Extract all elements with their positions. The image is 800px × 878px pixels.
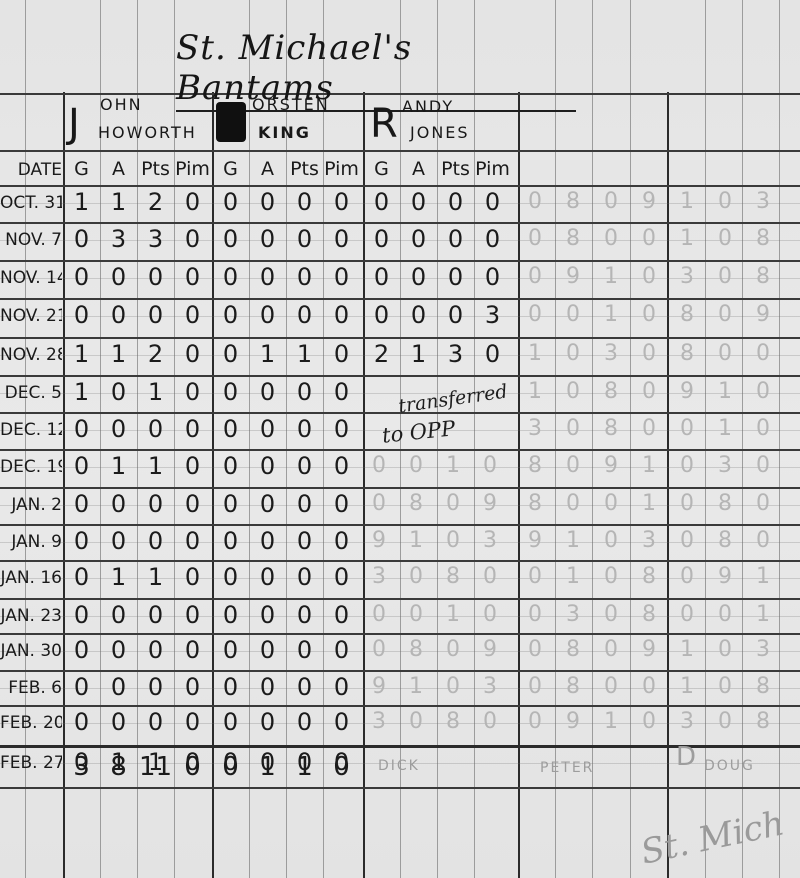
stat-cell: 0: [137, 263, 174, 291]
bleed-through-glyph: 0: [528, 226, 542, 251]
bleed-through-glyph: 0: [718, 602, 732, 627]
bleed-through-glyph: 9: [756, 302, 770, 327]
bleed-through-glyph: 8: [718, 528, 732, 553]
grid-row-line: [0, 298, 800, 300]
player-name-line1: ORSTEN: [252, 96, 330, 114]
stat-cell: 0: [174, 415, 211, 443]
bleed-through-glyph: 0: [642, 341, 656, 366]
stat-cell: 0: [323, 563, 360, 591]
stat-cell: 0: [323, 340, 360, 368]
stat-cell: 0: [100, 490, 137, 518]
stat-cell: 1: [100, 452, 137, 480]
ghost-name-doug: DOUG: [704, 758, 755, 774]
stat-cell: 0: [249, 708, 286, 736]
stat-cell: 0: [212, 673, 249, 701]
grid-row-line: [0, 185, 800, 187]
stat-cell: 0: [437, 301, 474, 329]
player-name-line2: JONES: [410, 124, 470, 142]
stat-cell: 0: [174, 378, 211, 406]
ghost-initial-d: D: [676, 742, 698, 772]
stat-cell: 0: [212, 263, 249, 291]
bleed-through-glyph: 3: [604, 341, 618, 366]
stat-cell: 0: [212, 563, 249, 591]
stat-cell: 0: [174, 527, 211, 555]
stat-cell: 0: [137, 708, 174, 736]
stat-header-a: A: [249, 158, 286, 180]
stat-cell: 0: [363, 225, 400, 253]
stat-cell: 0: [212, 340, 249, 368]
stat-cell: 0: [174, 188, 211, 216]
bleed-through-glyph: 8: [756, 226, 770, 251]
bleed-through-glyph: 9: [528, 528, 542, 553]
bleed-through-glyph: 0: [642, 379, 656, 404]
stat-cell: 0: [100, 415, 137, 443]
total-cell: 8: [100, 752, 137, 782]
bleed-through-glyph: 3: [718, 453, 732, 478]
bleed-through-glyph: 0: [528, 674, 542, 699]
bleed-through-glyph: 0: [483, 453, 497, 478]
scribbled-initial: [216, 102, 246, 142]
bleed-through-glyph: 9: [372, 674, 386, 699]
bleed-through-glyph: 3: [372, 564, 386, 589]
bleed-through-glyph: 0: [372, 602, 386, 627]
date-label: FEB. 6: [0, 678, 62, 698]
stat-cell: 0: [63, 415, 100, 443]
bleed-through-glyph: 1: [409, 674, 423, 699]
stat-cell: 0: [286, 378, 323, 406]
stat-cell: 0: [63, 636, 100, 664]
bleed-through-glyph: 8: [446, 564, 460, 589]
bleed-through-glyph: 0: [409, 709, 423, 734]
stat-cell: 0: [323, 673, 360, 701]
stat-cell: 0: [212, 188, 249, 216]
bleed-through-glyph: 0: [446, 674, 460, 699]
stat-cell: 0: [286, 601, 323, 629]
stat-cell: 0: [437, 263, 474, 291]
date-label: NOV. 14: [0, 268, 62, 288]
grid-row-line: [0, 633, 800, 635]
stat-cell: 3: [437, 340, 474, 368]
stat-cell: 0: [286, 263, 323, 291]
date-label: FEB. 20: [0, 713, 62, 733]
bleed-through-glyph: 8: [604, 379, 618, 404]
bleed-through-glyph: 0: [756, 379, 770, 404]
stat-header-pts: Pts: [286, 158, 323, 180]
bleed-through-glyph: 1: [446, 602, 460, 627]
stat-cell: 0: [63, 490, 100, 518]
stat-cell: 0: [100, 673, 137, 701]
stat-cell: 0: [286, 636, 323, 664]
bleed-through-glyph: 0: [604, 528, 618, 553]
bleed-through-glyph: 0: [566, 302, 580, 327]
stat-cell: 3: [474, 301, 511, 329]
stat-cell: 0: [212, 636, 249, 664]
stat-cell: 0: [249, 452, 286, 480]
bleed-through-glyph: 0: [604, 491, 618, 516]
bleed-through-glyph: 0: [372, 491, 386, 516]
stat-cell: 0: [212, 527, 249, 555]
bleed-through-glyph: 0: [604, 189, 618, 214]
bleed-through-glyph: 9: [566, 709, 580, 734]
stat-cell: 0: [212, 490, 249, 518]
stat-cell: 0: [249, 527, 286, 555]
stat-cell: 0: [174, 225, 211, 253]
bleed-through-glyph: 0: [718, 709, 732, 734]
stat-cell: 0: [400, 263, 437, 291]
bleed-through-glyph: 0: [528, 637, 542, 662]
bleed-through-glyph: 0: [642, 674, 656, 699]
ghost-signature: St. Mich: [637, 803, 787, 872]
bleed-through-glyph: 1: [604, 709, 618, 734]
bleed-through-glyph: 0: [483, 709, 497, 734]
stat-cell: 0: [63, 601, 100, 629]
transfer-note-line2: to OPP: [381, 416, 456, 448]
bleed-through-glyph: 0: [756, 491, 770, 516]
bleed-through-glyph: 8: [718, 491, 732, 516]
bleed-through-glyph: 8: [566, 189, 580, 214]
bleed-through-glyph: 8: [446, 709, 460, 734]
bleed-through-glyph: 0: [372, 637, 386, 662]
bleed-through-glyph: 0: [372, 453, 386, 478]
bleed-through-glyph: 1: [528, 379, 542, 404]
ghost-name-dick: DICK: [378, 758, 420, 774]
stat-cell: 0: [63, 673, 100, 701]
stat-cell: 0: [474, 340, 511, 368]
stat-cell: 0: [174, 673, 211, 701]
bleed-through-glyph: 9: [680, 379, 694, 404]
stat-cell: 0: [212, 378, 249, 406]
player-name-line2: KING: [258, 124, 311, 142]
stat-cell: 0: [286, 301, 323, 329]
stat-cell: 0: [212, 601, 249, 629]
stat-cell: 0: [437, 188, 474, 216]
date-label: JAN. 23: [0, 606, 62, 626]
bleed-through-glyph: 0: [718, 341, 732, 366]
bleed-through-glyph: 3: [756, 637, 770, 662]
total-cell: 0: [212, 752, 249, 782]
bleed-through-glyph: 0: [680, 602, 694, 627]
stat-cell: 0: [100, 378, 137, 406]
bleed-through-glyph: 0: [528, 189, 542, 214]
stat-cell: 0: [249, 378, 286, 406]
stat-cell: 0: [400, 225, 437, 253]
bleed-through-glyph: 1: [528, 341, 542, 366]
grid-row-line: [0, 705, 800, 707]
stat-cell: 1: [137, 452, 174, 480]
stat-cell: 0: [100, 527, 137, 555]
stat-cell: 0: [63, 301, 100, 329]
stat-cell: 0: [323, 301, 360, 329]
stat-cell: 0: [63, 708, 100, 736]
bleed-through-glyph: 3: [528, 416, 542, 441]
bleed-through-glyph: 8: [642, 602, 656, 627]
stat-cell: 0: [323, 636, 360, 664]
bleed-through-glyph: 0: [680, 416, 694, 441]
grid-row-line: [0, 487, 800, 489]
grid-line-major: [518, 92, 520, 878]
bleed-through-glyph: 3: [483, 528, 497, 553]
stat-header-pim: Pim: [323, 158, 360, 180]
date-label: DEC. 12: [0, 420, 62, 440]
bleed-through-glyph: 0: [756, 528, 770, 553]
stat-cell: 0: [137, 601, 174, 629]
grid-line-major: [667, 92, 669, 878]
bleed-through-glyph: 8: [528, 453, 542, 478]
bleed-through-glyph: 0: [604, 564, 618, 589]
stat-cell: 1: [400, 340, 437, 368]
total-cell: 0: [323, 752, 360, 782]
bleed-through-glyph: 8: [566, 674, 580, 699]
bleed-through-glyph: 1: [756, 602, 770, 627]
bleed-through-glyph: 9: [372, 528, 386, 553]
bleed-through-glyph: 0: [528, 709, 542, 734]
stat-header-a: A: [100, 158, 137, 180]
bleed-through-glyph: 1: [604, 264, 618, 289]
stat-cell: 0: [63, 527, 100, 555]
stat-header-pim: Pim: [174, 158, 211, 180]
bleed-through-glyph: 0: [446, 528, 460, 553]
date-label: JAN. 2: [0, 495, 62, 515]
stat-cell: 1: [63, 340, 100, 368]
bleed-through-glyph: 3: [680, 264, 694, 289]
stat-cell: 0: [249, 188, 286, 216]
date-label: NOV. 28: [0, 345, 62, 365]
stat-cell: 0: [63, 263, 100, 291]
stat-cell: 1: [100, 563, 137, 591]
stat-cell: 0: [474, 225, 511, 253]
stat-cell: 0: [249, 263, 286, 291]
stat-header-a: A: [400, 158, 437, 180]
stat-cell: 0: [363, 188, 400, 216]
stat-cell: 0: [249, 415, 286, 443]
bleed-through-glyph: 0: [409, 602, 423, 627]
bleed-through-glyph: 0: [718, 189, 732, 214]
bleed-through-glyph: 8: [604, 416, 618, 441]
bleed-through-glyph: 8: [409, 491, 423, 516]
stat-cell: 0: [323, 452, 360, 480]
stat-cell: 2: [137, 340, 174, 368]
bleed-through-glyph: 8: [756, 674, 770, 699]
grid-row-line: [0, 670, 800, 672]
date-label: NOV. 21: [0, 306, 62, 326]
bleed-through-glyph: 1: [680, 674, 694, 699]
player-name-line2: HOWORTH: [98, 124, 197, 142]
bleed-through-glyph: 1: [718, 416, 732, 441]
stat-cell: 0: [100, 708, 137, 736]
grid-row-line: [0, 524, 800, 526]
stat-cell: 3: [137, 225, 174, 253]
bleed-through-glyph: 0: [756, 416, 770, 441]
stat-cell: 0: [323, 263, 360, 291]
stat-cell: 0: [174, 563, 211, 591]
stat-cell: 0: [174, 490, 211, 518]
stat-cell: 0: [212, 452, 249, 480]
bleed-through-glyph: 1: [756, 564, 770, 589]
stat-header-pts: Pts: [437, 158, 474, 180]
total-cell: 3: [63, 752, 100, 782]
stat-cell: 0: [474, 188, 511, 216]
bleed-through-glyph: 0: [566, 453, 580, 478]
stat-cell: 0: [249, 301, 286, 329]
stat-cell: 0: [212, 708, 249, 736]
bleed-through-glyph: 0: [680, 564, 694, 589]
grid-row-line: [0, 375, 800, 377]
stat-cell: 0: [137, 301, 174, 329]
bleed-through-glyph: 0: [680, 453, 694, 478]
stat-header-pts: Pts: [137, 158, 174, 180]
bleed-through-glyph: 8: [756, 264, 770, 289]
stat-cell: 0: [286, 527, 323, 555]
total-cell: 11: [137, 752, 174, 782]
bleed-through-glyph: 0: [642, 264, 656, 289]
stat-cell: 0: [174, 708, 211, 736]
grid-row-line: [0, 598, 800, 600]
bleed-through-glyph: 1: [566, 528, 580, 553]
date-label: DEC. 5: [0, 383, 62, 403]
player-initial: J: [68, 104, 80, 144]
bleed-through-glyph: 0: [528, 264, 542, 289]
bleed-through-glyph: 8: [642, 564, 656, 589]
grid-row-line: [0, 150, 800, 152]
stat-cell: 0: [100, 636, 137, 664]
stat-cell: 2: [363, 340, 400, 368]
stat-cell: 0: [249, 563, 286, 591]
bleed-through-glyph: 0: [642, 709, 656, 734]
bleed-through-glyph: 8: [409, 637, 423, 662]
total-cell: 1: [249, 752, 286, 782]
stat-cell: 0: [249, 636, 286, 664]
stat-cell: 0: [174, 636, 211, 664]
stat-header-pim: Pim: [474, 158, 511, 180]
stat-cell: 1: [137, 563, 174, 591]
bleed-through-glyph: 0: [642, 416, 656, 441]
stat-cell: 0: [174, 263, 211, 291]
bleed-through-glyph: 0: [718, 302, 732, 327]
stat-cell: 0: [323, 225, 360, 253]
grid-row-line: [0, 337, 800, 339]
stat-cell: 0: [249, 225, 286, 253]
bleed-through-glyph: 0: [528, 602, 542, 627]
bleed-through-glyph: 1: [604, 302, 618, 327]
stat-cell: 2: [137, 188, 174, 216]
stat-cell: 0: [286, 415, 323, 443]
stat-cell: 0: [212, 415, 249, 443]
date-label: FEB. 27: [0, 753, 62, 773]
bleed-through-glyph: 0: [718, 264, 732, 289]
bleed-through-glyph: 1: [718, 379, 732, 404]
stat-cell: 0: [63, 225, 100, 253]
bleed-through-glyph: 1: [446, 453, 460, 478]
stat-cell: 1: [100, 340, 137, 368]
bleed-through-glyph: 3: [756, 189, 770, 214]
stat-cell: 0: [174, 452, 211, 480]
stat-cell: 0: [400, 188, 437, 216]
stat-cell: 0: [100, 263, 137, 291]
total-cell: 0: [174, 752, 211, 782]
bleed-through-glyph: 0: [566, 416, 580, 441]
total-cell: 1: [286, 752, 323, 782]
grid-row-line: [0, 560, 800, 562]
bleed-through-glyph: 1: [642, 491, 656, 516]
bleed-through-glyph: 8: [680, 302, 694, 327]
date-column-header: DATE: [0, 160, 62, 180]
stat-cell: 0: [212, 301, 249, 329]
stat-cell: 1: [63, 378, 100, 406]
stat-cell: 0: [286, 708, 323, 736]
date-label: OCT. 31: [0, 193, 62, 213]
stat-cell: 0: [100, 301, 137, 329]
stat-cell: 0: [137, 415, 174, 443]
stat-cell: 0: [137, 673, 174, 701]
bleed-through-glyph: 9: [483, 491, 497, 516]
bleed-through-glyph: 0: [566, 379, 580, 404]
stat-cell: 0: [323, 378, 360, 406]
stat-cell: 0: [323, 415, 360, 443]
stat-cell: 0: [249, 673, 286, 701]
stat-cell: 1: [137, 378, 174, 406]
bleed-through-glyph: 9: [642, 189, 656, 214]
grid-row-line: [0, 260, 800, 262]
bleed-through-glyph: 0: [680, 528, 694, 553]
stat-cell: 0: [323, 708, 360, 736]
stat-cell: 1: [249, 340, 286, 368]
date-label: DEC. 19: [0, 457, 62, 477]
bleed-through-glyph: 0: [446, 637, 460, 662]
player-name-line1: ANDY: [402, 98, 454, 116]
stat-cell: 0: [363, 301, 400, 329]
stat-cell: 1: [286, 340, 323, 368]
bleed-through-glyph: 3: [642, 528, 656, 553]
stat-cell: 0: [286, 673, 323, 701]
stat-cell: 0: [437, 225, 474, 253]
bleed-through-glyph: 3: [483, 674, 497, 699]
stat-header-g: G: [363, 158, 400, 180]
date-label: JAN. 16: [0, 568, 62, 588]
stat-cell: 0: [63, 563, 100, 591]
grid-row-line: [0, 787, 800, 789]
bleed-through-glyph: 8: [756, 709, 770, 734]
ghost-name-peter: PETER: [540, 760, 594, 776]
bleed-through-glyph: 9: [483, 637, 497, 662]
stat-cell: 0: [286, 490, 323, 518]
bleed-through-glyph: 0: [680, 491, 694, 516]
stat-cell: 0: [212, 225, 249, 253]
bleed-through-glyph: 8: [566, 637, 580, 662]
bleed-through-glyph: 0: [566, 491, 580, 516]
bleed-through-glyph: 1: [680, 189, 694, 214]
bleed-through-glyph: 0: [756, 453, 770, 478]
bleed-through-glyph: 0: [642, 226, 656, 251]
stat-cell: 0: [137, 636, 174, 664]
bleed-through-glyph: 9: [566, 264, 580, 289]
bleed-through-glyph: 9: [718, 564, 732, 589]
bleed-through-glyph: 0: [604, 674, 618, 699]
stat-cell: 0: [400, 301, 437, 329]
bleed-through-glyph: 3: [566, 602, 580, 627]
bleed-through-glyph: 1: [409, 528, 423, 553]
bleed-through-glyph: 0: [718, 674, 732, 699]
stat-cell: 0: [174, 301, 211, 329]
player-initial: R: [370, 104, 398, 144]
stat-cell: 0: [323, 490, 360, 518]
stat-cell: 0: [63, 452, 100, 480]
bleed-through-glyph: 0: [446, 491, 460, 516]
bleed-through-glyph: 8: [528, 491, 542, 516]
page-title: St. Michael's Bantams: [176, 28, 576, 112]
bleed-through-glyph: 0: [756, 341, 770, 366]
stat-cell: 0: [137, 527, 174, 555]
stat-cell: 0: [286, 563, 323, 591]
